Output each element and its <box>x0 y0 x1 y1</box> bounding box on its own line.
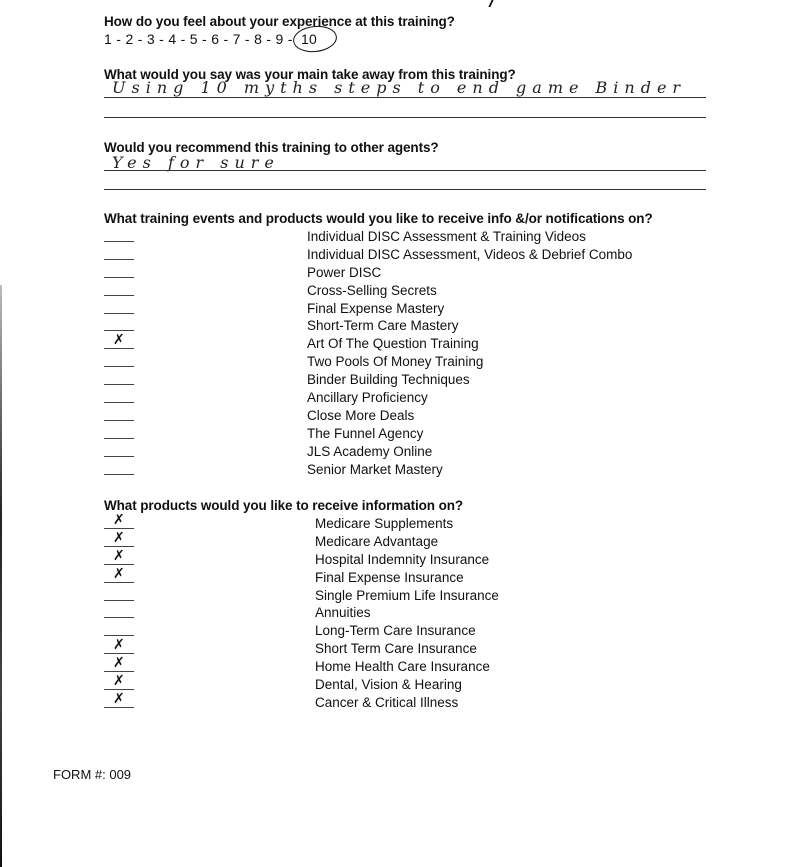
product-item-label: Single Premium Life Insurance <box>315 587 499 605</box>
rating-option[interactable]: 4 <box>168 31 176 47</box>
rating-separator: - <box>198 31 211 47</box>
rating-option[interactable]: 1 <box>104 31 112 47</box>
rating-option[interactable]: 6 <box>211 31 219 47</box>
check-x-icon: ✗ <box>113 566 125 584</box>
checkbox-blank-line[interactable] <box>104 259 134 260</box>
rating-option[interactable]: 9 <box>276 31 284 47</box>
checkbox-blank-line[interactable] <box>104 330 134 331</box>
product-item-label: Cancer & Critical Illness <box>315 694 458 712</box>
checkbox-blank-line[interactable] <box>104 420 134 421</box>
event-item-label: Individual DISC Assessment & Training Vi… <box>307 228 586 246</box>
check-x-icon: ✗ <box>113 673 125 691</box>
event-item-label: Individual DISC Assessment, Videos & Deb… <box>307 246 632 264</box>
product-item-label: Home Health Care Insurance <box>315 658 490 676</box>
check-x-icon: ✗ <box>113 691 125 709</box>
takeaway-line-2 <box>104 117 706 118</box>
checkbox-blank-line[interactable] <box>104 384 134 385</box>
product-item-label: Final Expense Insurance <box>315 569 464 587</box>
experience-question: How do you feel about your experience at… <box>104 14 455 29</box>
rating-separator: - <box>155 31 168 47</box>
form-number: FORM #: 009 <box>53 767 131 782</box>
rating-option[interactable]: 3 <box>147 31 155 47</box>
checkbox-blank-line[interactable] <box>104 366 134 367</box>
product-item-label: Medicare Advantage <box>315 533 438 551</box>
recommend-line-1 <box>104 170 706 171</box>
checkbox-blank-line[interactable] <box>104 241 134 242</box>
checkbox-blank-line[interactable] <box>104 313 134 314</box>
event-item-label: Ancillary Proficiency <box>307 389 428 407</box>
rating-separator: - <box>134 31 147 47</box>
rating-option[interactable]: 7 <box>233 31 241 47</box>
rating-separator: - <box>219 31 232 47</box>
event-item-label: Senior Market Mastery <box>307 461 443 479</box>
scan-edge-artifact <box>0 285 2 867</box>
products-question: What products would you like to receive … <box>104 498 463 513</box>
checkbox-blank-line[interactable] <box>104 617 134 618</box>
event-item-label: Binder Building Techniques <box>307 371 470 389</box>
event-item-label: The Funnel Agency <box>307 425 423 443</box>
recommend-line-2 <box>104 189 706 190</box>
experience-rating-scale[interactable]: 1 - 2 - 3 - 4 - 5 - 6 - 7 - 8 - 9 - 10 <box>104 31 321 47</box>
check-x-icon: ✗ <box>113 332 125 350</box>
takeaway-line-1 <box>104 97 706 98</box>
check-x-icon: ✗ <box>113 512 125 530</box>
check-x-icon: ✗ <box>113 637 125 655</box>
checkbox-blank-line[interactable] <box>104 295 134 296</box>
checkbox-blank-line[interactable] <box>104 600 134 601</box>
rating-separator: - <box>241 31 254 47</box>
event-item-label: Short-Term Care Mastery <box>307 317 459 335</box>
product-item-label: Long-Term Care Insurance <box>315 622 476 640</box>
rating-option-selected[interactable]: 10 <box>297 31 321 47</box>
product-item-label: Dental, Vision & Hearing <box>315 676 462 694</box>
checkbox-blank-line[interactable] <box>104 474 134 475</box>
event-item-label: Close More Deals <box>307 407 414 425</box>
rating-option[interactable]: 2 <box>125 31 133 47</box>
checkbox-blank-line[interactable] <box>104 277 134 278</box>
event-item-label: Power DISC <box>307 264 381 282</box>
event-item-label: Two Pools Of Money Training <box>307 353 483 371</box>
rating-separator: - <box>176 31 189 47</box>
product-item-label: Hospital Indemnity Insurance <box>315 551 489 569</box>
event-item-label: JLS Academy Online <box>307 443 432 461</box>
product-item-label: Annuities <box>315 604 371 622</box>
event-item-label: Final Expense Mastery <box>307 300 444 318</box>
rating-separator: - <box>112 31 125 47</box>
checkbox-blank-line[interactable] <box>104 456 134 457</box>
product-item-label: Medicare Supplements <box>315 515 453 533</box>
events-question: What training events and products would … <box>104 211 653 226</box>
rating-option[interactable]: 8 <box>254 31 262 47</box>
check-x-icon: ✗ <box>113 530 125 548</box>
product-item-label: Short Term Care Insurance <box>315 640 477 658</box>
takeaway-answer[interactable]: Using 10 myths steps to end game Binder <box>112 78 686 97</box>
event-item-label: Art Of The Question Training <box>307 335 479 353</box>
check-x-icon: ✗ <box>113 548 125 566</box>
rating-separator: - <box>262 31 275 47</box>
checkbox-blank-line[interactable] <box>104 438 134 439</box>
stray-pen-mark <box>488 0 493 7</box>
checkbox-blank-line[interactable] <box>104 635 134 636</box>
checkbox-blank-line[interactable] <box>104 402 134 403</box>
rating-option[interactable]: 5 <box>190 31 198 47</box>
event-item-label: Cross-Selling Secrets <box>307 282 437 300</box>
check-x-icon: ✗ <box>113 655 125 673</box>
